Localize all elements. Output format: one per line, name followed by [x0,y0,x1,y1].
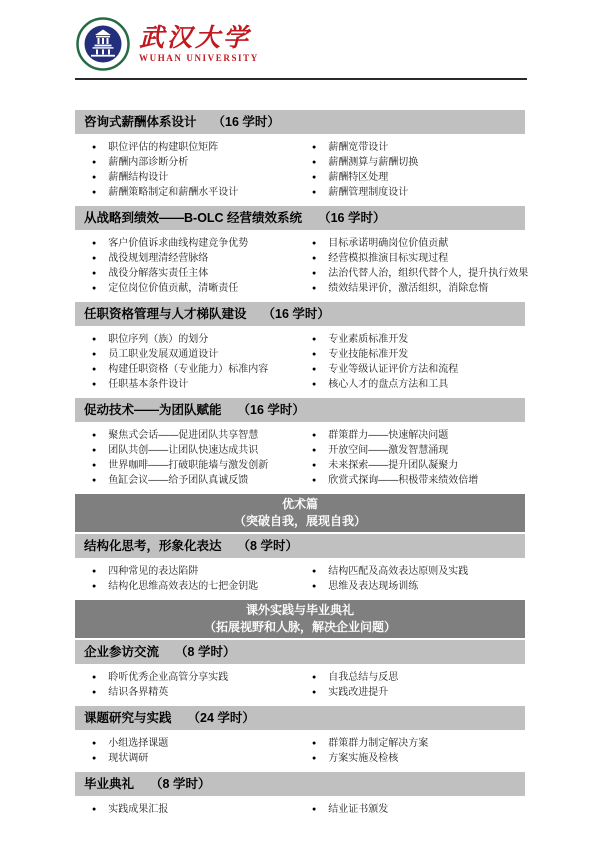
bullet-icon: ● [92,583,96,590]
bullet-item: ●薪酬策略制定和薪酬水平设计 [75,185,302,200]
bullet-text: 开放空间——激发智慧涌现 [328,445,448,456]
bullet-icon: ● [312,583,316,590]
bullet-icon: ● [92,351,96,358]
bullet-item: ●未来探索——提升团队凝聚力 [302,458,525,473]
bullet-item: ●职位评估的构建职位矩阵 [75,140,302,155]
bullet-item: ●世界咖啡——打破职能墙与激发创新 [75,458,302,473]
banner-subtitle: （拓展视野和人脉，解决企业问题） [75,619,525,636]
bullet-item: ●定位岗位价值贡献，清晰责任 [75,281,302,296]
course-section: 任职资格管理与人才梯队建设（16 学时）●职位序列（族）的划分●员工职业发展双通… [75,302,525,392]
bullet-icon: ● [92,366,96,373]
banner-title: 优术篇 [75,496,525,513]
bullet-text: 核心人才的盘点方法和工具 [328,379,448,390]
section-hours: （16 学时） [318,211,385,225]
bullet-item: ●员工职业发展双通道设计 [75,347,302,362]
university-logo: 武汉大学 WUHAN UNIVERSITY [75,14,525,74]
bullet-item: ●专业技能标准开发 [302,347,525,362]
bullet-text: 现状调研 [108,753,148,764]
bullet-text: 方案实施及检核 [328,753,398,764]
document-page: 武汉大学 WUHAN UNIVERSITY 咨询式薪酬体系设计（16 学时）●职… [75,14,525,823]
bullet-text: 实践改进提升 [328,687,388,698]
part-banner: 课外实践与毕业典礼（拓展视野和人脉，解决企业问题） [75,600,525,638]
bullet-icon: ● [312,144,316,151]
bullet-item: ●群策群力——快速解决问题 [302,428,525,443]
section-hours: （8 学时） [150,777,210,791]
course-section: 毕业典礼（8 学时）●实践成果汇报●结业证书颁发 [75,772,525,817]
bullet-text: 薪酬特区处理 [328,172,388,183]
bullet-icon: ● [312,255,316,262]
bullet-icon: ● [312,462,316,469]
course-section: 结构化思考，形象化表达（8 学时）●四种常见的表达陷阱●结构化思维高效表达的七把… [75,534,525,594]
logo-chinese-name: 武汉大学 [139,24,259,52]
bullet-icon: ● [92,240,96,247]
section-hours: （8 学时） [238,539,298,553]
bullet-list-left: ●四种常见的表达陷阱●结构化思维高效表达的七把金钥匙 [75,564,302,594]
section-title: 毕业典礼 [84,777,134,791]
bullet-list-left: ●聆听优秀企业高管分享实践●结识各界精英 [75,670,302,700]
bullet-icon: ● [92,740,96,747]
page-header: 武汉大学 WUHAN UNIVERSITY [75,14,525,94]
bullet-item: ●战役规划理清经营脉络 [75,251,302,266]
bullet-item: ●结构匹配及高效表达原则及实践 [302,564,525,579]
bullet-list-left: ●客户价值诉求曲线构建竞争优势●战役规划理清经营脉络●战役分解落实责任主体●定位… [75,236,302,296]
bullet-text: 薪酬结构设计 [108,172,168,183]
section-hours: （16 学时） [238,403,305,417]
bullet-text: 欣赏式探询——积极带来绩效倍增 [328,475,478,486]
bullet-icon: ● [312,740,316,747]
bullet-item: ●团队共创——让团队快速达成共识 [75,443,302,458]
bullet-icon: ● [92,270,96,277]
bullet-text: 思维及表达现场训练 [328,581,418,592]
bullet-item: ●薪酬结构设计 [75,170,302,185]
section-header-bar: 咨询式薪酬体系设计（16 学时） [75,110,525,134]
bullet-text: 未来探索——提升团队凝聚力 [328,460,458,471]
banner-subtitle: （突破自我，展现自我） [75,513,525,530]
bullet-item: ●结业证书颁发 [302,802,525,817]
bullet-text: 专业技能标准开发 [328,349,408,360]
bullet-icon: ● [312,477,316,484]
logo-english-name: WUHAN UNIVERSITY [139,52,259,64]
bullet-icon: ● [312,432,316,439]
bullet-text: 专业素质标准开发 [328,334,408,345]
bullet-icon: ● [92,674,96,681]
bullet-item: ●构建任职资格（专业能力）标准内容 [75,362,302,377]
section-title: 咨询式薪酬体系设计 [84,115,197,129]
bullet-icon: ● [92,447,96,454]
section-title: 企业参访交流 [84,645,159,659]
bullet-text: 目标承诺明确岗位价值贡献 [328,238,448,249]
bullet-item: ●薪酬宽带设计 [302,140,525,155]
bullet-icon: ● [312,240,316,247]
section-header-bar: 从战略到绩效——B-OLC 经营绩效系统（16 学时） [75,206,525,230]
logo-text: 武汉大学 WUHAN UNIVERSITY [139,24,259,64]
section-hours: （8 学时） [175,645,235,659]
bullet-item: ●自我总结与反思 [302,670,525,685]
bullet-icon: ● [92,144,96,151]
bullet-text: 专业等级认证评价方法和流程 [328,364,458,375]
bullet-text: 群策群力——快速解决问题 [328,430,448,441]
bullet-list-left: ●小组选择课题●现状调研 [75,736,302,766]
bullet-text: 薪酬内部诊断分析 [108,157,188,168]
bullet-item: ●任职基本条件设计 [75,377,302,392]
bullet-text: 自我总结与反思 [328,672,398,683]
bullet-item: ●结构化思维高效表达的七把金钥匙 [75,579,302,594]
bullet-text: 四种常见的表达陷阱 [108,566,198,577]
bullet-text: 员工职业发展双通道设计 [108,349,218,360]
bullet-icon: ● [312,806,316,813]
bullet-list-right: ●群策群力——快速解决问题●开放空间——激发智慧涌现●未来探索——提升团队凝聚力… [302,428,525,488]
bullet-icon: ● [92,806,96,813]
bullet-item: ●群策群力制定解决方案 [302,736,525,751]
bullet-icon: ● [312,270,316,277]
course-section: 企业参访交流（8 学时）●聆听优秀企业高管分享实践●结识各界精英●自我总结与反思… [75,640,525,700]
curriculum-sections: 咨询式薪酬体系设计（16 学时）●职位评估的构建职位矩阵●薪酬内部诊断分析●薪酬… [75,110,525,817]
bullet-text: 实践成果汇报 [108,804,168,815]
bullet-list-right: ●专业素质标准开发●专业技能标准开发●专业等级认证评价方法和流程●核心人才的盘点… [302,332,525,392]
section-header-bar: 企业参访交流（8 学时） [75,640,525,664]
bullet-item: ●思维及表达现场训练 [302,579,525,594]
bullet-item: ●四种常见的表达陷阱 [75,564,302,579]
bullet-icon: ● [92,477,96,484]
bullet-item: ●薪酬管理制度设计 [302,185,525,200]
bullet-text: 职位评估的构建职位矩阵 [108,142,218,153]
bullet-text: 构建任职资格（专业能力）标准内容 [108,364,268,375]
bullet-text: 群策群力制定解决方案 [328,738,428,749]
bullet-text: 结构匹配及高效表达原则及实践 [328,566,468,577]
bullet-item: ●聚焦式会话——促进团队共享智慧 [75,428,302,443]
bullet-text: 战役分解落实责任主体 [108,268,208,279]
bullet-item: ●鱼缸会议——给予团队真诚反馈 [75,473,302,488]
bullet-text: 小组选择课题 [108,738,168,749]
bullet-icon: ● [312,159,316,166]
bullet-item: ●职位序列（族）的划分 [75,332,302,347]
bullet-icon: ● [312,381,316,388]
bullet-list-right: ●群策群力制定解决方案●方案实施及检核 [302,736,525,766]
bullet-item: ●小组选择课题 [75,736,302,751]
bullet-item: ●开放空间——激发智慧涌现 [302,443,525,458]
bullet-text: 战役规划理清经营脉络 [108,253,208,264]
bullet-icon: ● [92,689,96,696]
bullet-text: 薪酬测算与薪酬切换 [328,157,418,168]
bullet-text: 世界咖啡——打破职能墙与激发创新 [108,460,268,471]
bullet-icon: ● [312,285,316,292]
section-header-bar: 毕业典礼（8 学时） [75,772,525,796]
bullet-list-right: ●目标承诺明确岗位价值贡献●经营模拟推演目标实现过程●法治代替人治，组织代替个人… [302,236,528,296]
bullet-list-left: ●实践成果汇报 [75,802,302,817]
bullet-item: ●实践改进提升 [302,685,525,700]
bullet-item: ●结识各界精英 [75,685,302,700]
bullet-columns: ●四种常见的表达陷阱●结构化思维高效表达的七把金钥匙●结构匹配及高效表达原则及实… [75,564,525,594]
header-divider [75,78,527,80]
course-section: 促动技术——为团队赋能（16 学时）●聚焦式会话——促进团队共享智慧●团队共创—… [75,398,525,488]
bullet-icon: ● [92,159,96,166]
bullet-item: ●薪酬测算与薪酬切换 [302,155,525,170]
bullet-text: 聚焦式会话——促进团队共享智慧 [108,430,258,441]
section-title: 促动技术——为团队赋能 [84,403,222,417]
bullet-text: 薪酬策略制定和薪酬水平设计 [108,187,238,198]
section-hours: （24 学时） [188,711,255,725]
bullet-icon: ● [312,174,316,181]
bullet-icon: ● [92,285,96,292]
bullet-item: ●薪酬内部诊断分析 [75,155,302,170]
bullet-icon: ● [312,189,316,196]
bullet-icon: ● [312,366,316,373]
bullet-icon: ● [312,351,316,358]
bullet-columns: ●实践成果汇报●结业证书颁发 [75,802,525,817]
bullet-icon: ● [312,336,316,343]
section-title: 结构化思考，形象化表达 [84,539,222,553]
course-section: 课题研究与实践（24 学时）●小组选择课题●现状调研●群策群力制定解决方案●方案… [75,706,525,766]
bullet-text: 聆听优秀企业高管分享实践 [108,672,228,683]
bullet-item: ●欣赏式探询——积极带来绩效倍增 [302,473,525,488]
section-title: 从战略到绩效——B-OLC 经营绩效系统 [84,211,302,225]
bullet-text: 结构化思维高效表达的七把金钥匙 [108,581,258,592]
bullet-text: 定位岗位价值贡献，清晰责任 [108,283,238,294]
bullet-icon: ● [92,174,96,181]
bullet-item: ●目标承诺明确岗位价值贡献 [302,236,528,251]
bullet-icon: ● [92,189,96,196]
university-emblem-icon [75,16,131,72]
bullet-item: ●绩效结果评价，激活组织，消除怠惰 [302,281,528,296]
bullet-item: ●现状调研 [75,751,302,766]
section-header-bar: 任职资格管理与人才梯队建设（16 学时） [75,302,525,326]
bullet-columns: ●聚焦式会话——促进团队共享智慧●团队共创——让团队快速达成共识●世界咖啡——打… [75,428,525,488]
bullet-icon: ● [312,447,316,454]
section-title: 任职资格管理与人才梯队建设 [84,307,247,321]
bullet-icon: ● [92,381,96,388]
bullet-icon: ● [92,432,96,439]
bullet-list-right: ●结业证书颁发 [302,802,525,817]
bullet-item: ●聆听优秀企业高管分享实践 [75,670,302,685]
section-hours: （16 学时） [213,115,280,129]
section-header-bar: 课题研究与实践（24 学时） [75,706,525,730]
part-banner: 优术篇（突破自我，展现自我） [75,494,525,532]
bullet-list-left: ●职位序列（族）的划分●员工职业发展双通道设计●构建任职资格（专业能力）标准内容… [75,332,302,392]
bullet-item: ●方案实施及检核 [302,751,525,766]
bullet-item: ●法治代替人治，组织代替个人，提升执行效果 [302,266,528,281]
bullet-columns: ●客户价值诉求曲线构建竞争优势●战役规划理清经营脉络●战役分解落实责任主体●定位… [75,236,525,296]
bullet-item: ●薪酬特区处理 [302,170,525,185]
bullet-columns: ●职位序列（族）的划分●员工职业发展双通道设计●构建任职资格（专业能力）标准内容… [75,332,525,392]
bullet-text: 经营模拟推演目标实现过程 [328,253,448,264]
course-section: 从战略到绩效——B-OLC 经营绩效系统（16 学时）●客户价值诉求曲线构建竞争… [75,206,525,296]
bullet-columns: ●聆听优秀企业高管分享实践●结识各界精英●自我总结与反思●实践改进提升 [75,670,525,700]
section-title: 课题研究与实践 [84,711,172,725]
bullet-icon: ● [312,568,316,575]
bullet-icon: ● [92,755,96,762]
section-hours: （16 学时） [263,307,330,321]
bullet-list-right: ●薪酬宽带设计●薪酬测算与薪酬切换●薪酬特区处理●薪酬管理制度设计 [302,140,525,200]
section-header-bar: 促动技术——为团队赋能（16 学时） [75,398,525,422]
bullet-item: ●客户价值诉求曲线构建竞争优势 [75,236,302,251]
bullet-list-left: ●职位评估的构建职位矩阵●薪酬内部诊断分析●薪酬结构设计●薪酬策略制定和薪酬水平… [75,140,302,200]
bullet-item: ●专业素质标准开发 [302,332,525,347]
bullet-icon: ● [92,568,96,575]
bullet-text: 任职基本条件设计 [108,379,188,390]
bullet-list-left: ●聚焦式会话——促进团队共享智慧●团队共创——让团队快速达成共识●世界咖啡——打… [75,428,302,488]
bullet-text: 结业证书颁发 [328,804,388,815]
bullet-icon: ● [92,462,96,469]
bullet-item: ●实践成果汇报 [75,802,302,817]
bullet-text: 结识各界精英 [108,687,168,698]
bullet-icon: ● [92,336,96,343]
bullet-icon: ● [312,755,316,762]
bullet-icon: ● [312,689,316,696]
bullet-item: ●专业等级认证评价方法和流程 [302,362,525,377]
bullet-text: 薪酬管理制度设计 [328,187,408,198]
bullet-item: ●经营模拟推演目标实现过程 [302,251,528,266]
bullet-text: 鱼缸会议——给予团队真诚反馈 [108,475,248,486]
bullet-text: 职位序列（族）的划分 [108,334,208,345]
bullet-columns: ●小组选择课题●现状调研●群策群力制定解决方案●方案实施及检核 [75,736,525,766]
bullet-text: 客户价值诉求曲线构建竞争优势 [108,238,248,249]
section-header-bar: 结构化思考，形象化表达（8 学时） [75,534,525,558]
banner-title: 课外实践与毕业典礼 [75,602,525,619]
bullet-text: 绩效结果评价，激活组织，消除怠惰 [328,283,488,294]
bullet-item: ●战役分解落实责任主体 [75,266,302,281]
bullet-icon: ● [312,674,316,681]
bullet-icon: ● [92,255,96,262]
bullet-list-right: ●结构匹配及高效表达原则及实践●思维及表达现场训练 [302,564,525,594]
course-section: 咨询式薪酬体系设计（16 学时）●职位评估的构建职位矩阵●薪酬内部诊断分析●薪酬… [75,110,525,200]
bullet-text: 薪酬宽带设计 [328,142,388,153]
bullet-columns: ●职位评估的构建职位矩阵●薪酬内部诊断分析●薪酬结构设计●薪酬策略制定和薪酬水平… [75,140,525,200]
bullet-item: ●核心人才的盘点方法和工具 [302,377,525,392]
bullet-list-right: ●自我总结与反思●实践改进提升 [302,670,525,700]
bullet-text: 团队共创——让团队快速达成共识 [108,445,258,456]
bullet-text: 法治代替人治，组织代替个人，提升执行效果 [328,268,528,279]
